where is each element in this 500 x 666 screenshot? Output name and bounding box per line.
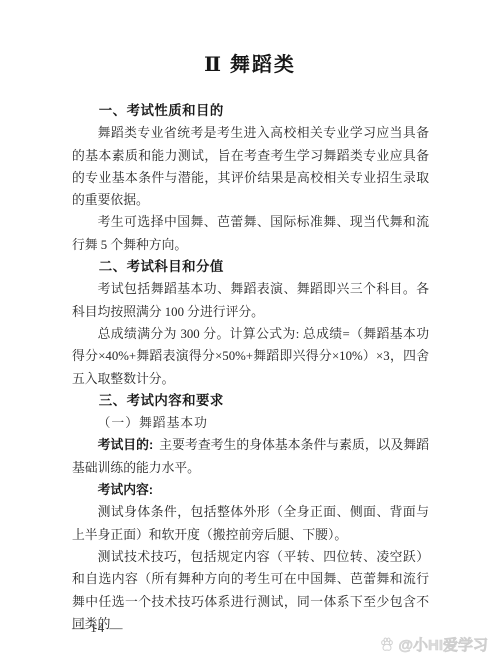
paragraph-score-formula: 总成绩满分为 300 分。计算公式为: 总成绩=（舞蹈基本功得分×40%+舞蹈表… bbox=[72, 323, 429, 390]
section-heading-content-requirements: 三、考试内容和要求 bbox=[72, 390, 429, 412]
watermark: @小HI爱学习 bbox=[379, 634, 488, 655]
paragraph-subjects: 考试包括舞蹈基本功、舞蹈表演、舞蹈即兴三个科目。各科目均按照满分 100 分进行… bbox=[72, 278, 429, 323]
section-heading-subjects-scores: 二、考试科目和分值 bbox=[72, 256, 429, 278]
section-heading-exam-nature: 一、考试性质和目的 bbox=[72, 100, 429, 122]
paragraph-exam-content-label: 考试内容: bbox=[72, 479, 429, 501]
exam-content-label: 考试内容: bbox=[98, 482, 153, 497]
paragraph-exam-purpose: 考试目的:主要考查考生的身体基本条件与素质，以及舞蹈基础训练的能力水平。 bbox=[72, 434, 429, 479]
paragraph-body-condition-test: 测试身体条件，包括整体外形（全身正面、侧面、背面与上半身正面）和软开度（搬控前旁… bbox=[72, 501, 429, 546]
paragraph-technique-test: 测试技术技巧，包括规定内容（平转、四位转、凌空跃）和自选内容（所有舞种方向的考生… bbox=[72, 546, 429, 635]
paragraph-exam-nature-2: 考生可选择中国舞、芭蕾舞、国际标准舞、现当代舞和流行舞 5 个舞种方向。 bbox=[72, 211, 429, 256]
document-title: Ⅱ 舞蹈类 bbox=[0, 51, 500, 79]
page-number: — 14 — bbox=[72, 618, 124, 638]
exam-purpose-label: 考试目的: bbox=[98, 437, 154, 452]
paw-icon bbox=[379, 637, 395, 653]
document-body: 一、考试性质和目的 舞蹈类专业省统考是考生进入高校相关专业学习应当具备的基本素质… bbox=[72, 100, 429, 635]
paragraph-exam-nature-1: 舞蹈类专业省统考是考生进入高校相关专业学习应当具备的基本素质和能力测试，旨在考查… bbox=[72, 122, 429, 211]
subsection-heading-basic-skills: （一）舞蹈基本功 bbox=[72, 412, 429, 434]
watermark-text: @小HI爱学习 bbox=[398, 634, 488, 655]
document-page: Ⅱ 舞蹈类 一、考试性质和目的 舞蹈类专业省统考是考生进入高校相关专业学习应当具… bbox=[0, 0, 500, 666]
